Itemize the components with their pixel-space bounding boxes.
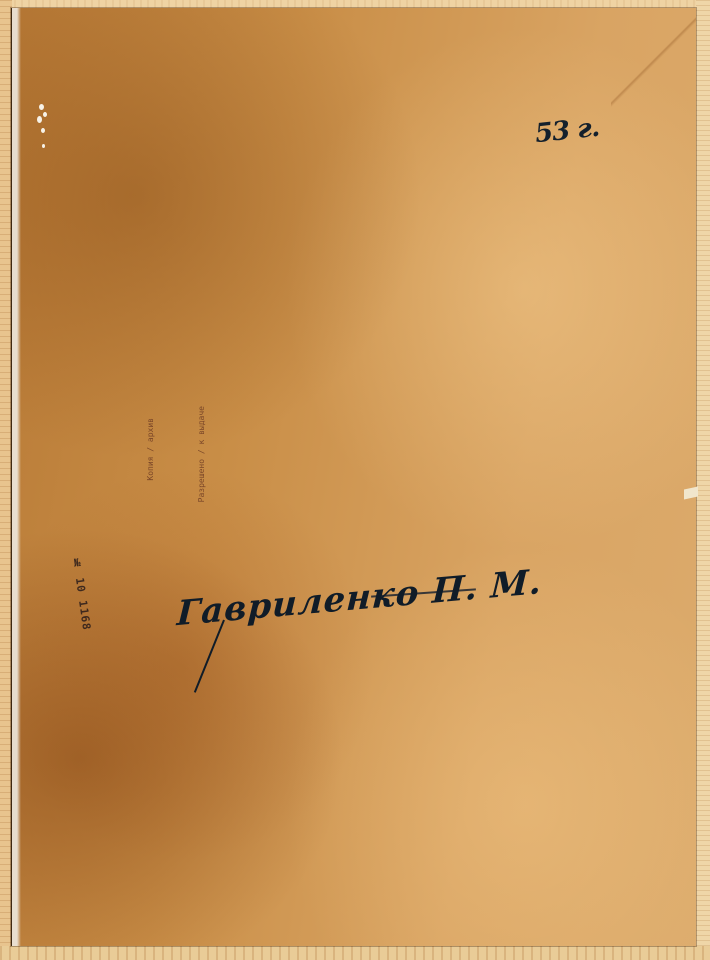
folio-number: 53 г. [534,113,601,150]
worn-left-edge [11,8,21,946]
edge-tear [684,487,698,500]
folder-cover: 53 г. Копия / архив Разрешено / к выдаче… [11,8,696,946]
photo-scene: 53 г. Копия / архив Разрешено / к выдаче… [0,0,710,960]
faded-stamp-right: Разрешено / к выдаче [197,406,206,502]
faded-stamp-left: Копия / архив [146,418,155,481]
wood-surface-bottom [0,946,710,960]
handwritten-signature: Гавриленко П. М. [176,562,543,634]
inventory-stamp: № 10 1168 [70,555,93,631]
corner-crease [611,8,696,118]
paint-speckles [35,100,49,160]
wood-surface-right [696,0,710,960]
